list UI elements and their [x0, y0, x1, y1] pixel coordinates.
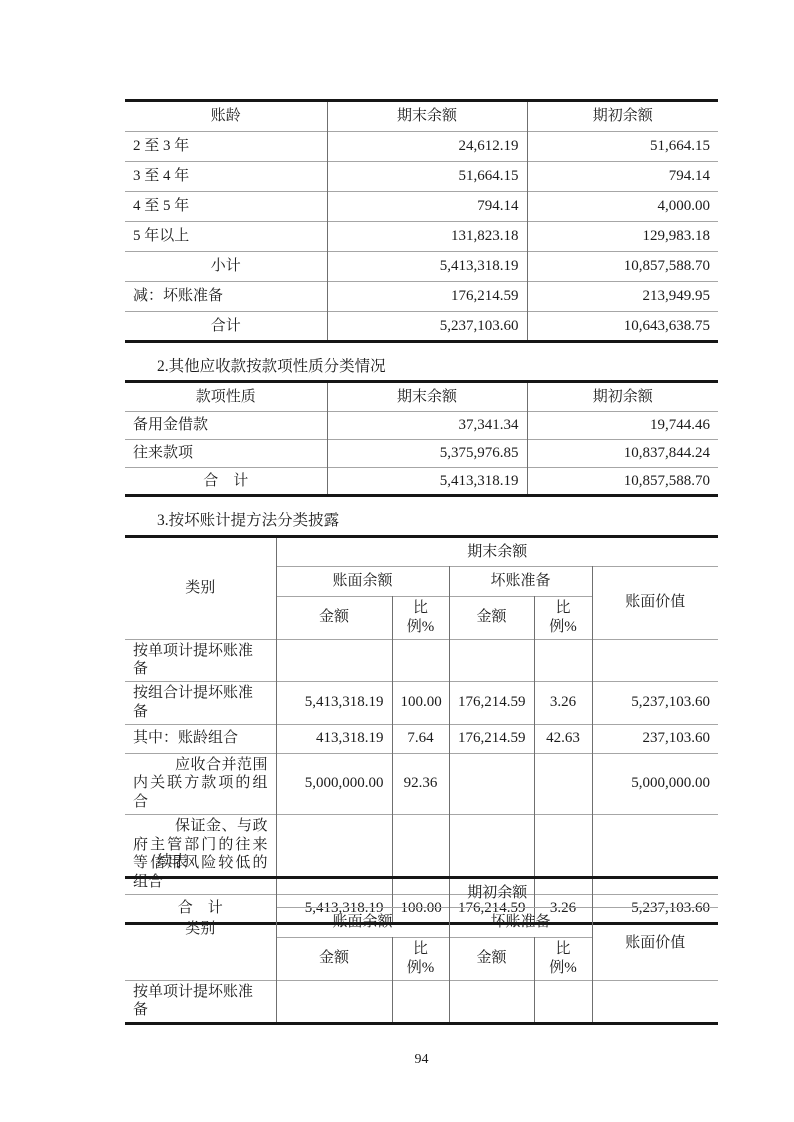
section-3-heading: 3.按坏账计提方法分类披露	[125, 508, 750, 530]
table-row: 2 至 3 年 24,612.19 51,664.15	[125, 132, 718, 162]
provision-method-beginning-table: 类别 期初余额 账面余额 坏账准备 账面价值 金额 比例% 金额 比例% 按单项…	[125, 876, 718, 1025]
amount-col-header: 金额	[276, 938, 392, 981]
amount-col-header: 金额	[276, 597, 392, 640]
book-value-cell: 237,103.60	[592, 724, 718, 753]
page-number: 94	[125, 1052, 718, 1068]
subtotal-label-cell: 小计	[125, 252, 327, 282]
section-2-heading: 2.其他应收款按款项性质分类情况	[125, 354, 750, 376]
total-row: 合 计 5,413,318.19 10,857,588.70	[125, 468, 718, 496]
aging-label-cell: 3 至 4 年	[125, 162, 327, 192]
book-value-cell	[592, 980, 718, 1024]
table-row: 按单项计提坏账准备	[125, 639, 718, 682]
continued-table-label: 续表	[125, 849, 750, 871]
beginning-balance-cell: 10,857,588.70	[527, 468, 718, 496]
amount-cell	[449, 753, 534, 814]
book-balance-group-header: 账面余额	[276, 908, 449, 938]
category-label-cell: 按单项计提坏账准备	[125, 980, 276, 1024]
category-label-cell: 其中：账龄组合	[125, 724, 276, 753]
ending-balance-cell: 24,612.19	[327, 132, 527, 162]
aging-label-cell: 4 至 5 年	[125, 192, 327, 222]
table-row: 3 至 4 年 51,664.15 794.14	[125, 162, 718, 192]
beginning-balance-cell: 4,000.00	[527, 192, 718, 222]
amount-cell: 5,413,318.19	[276, 682, 392, 725]
ratio-col-header: 比例%	[392, 597, 449, 640]
category-label-cell: 按组合计提坏账准备	[125, 682, 276, 725]
amount-cell	[449, 639, 534, 682]
book-value-cell: 5,000,000.00	[592, 753, 718, 814]
ratio-cell: 7.64	[392, 724, 449, 753]
table-row: 4 至 5 年 794.14 4,000.00	[125, 192, 718, 222]
ratio-cell	[392, 980, 449, 1024]
amount-cell: 5,000,000.00	[276, 753, 392, 814]
table-row: 往来款项 5,375,976.85 10,837,844.24	[125, 440, 718, 468]
table-row: 按单项计提坏账准备	[125, 980, 718, 1024]
aging-col-header: 账龄	[125, 101, 327, 132]
total-row: 合计 5,237,103.60 10,643,638.75	[125, 312, 718, 342]
table-row: 5 年以上 131,823.18 129,983.18	[125, 222, 718, 252]
nature-col-header: 款项性质	[125, 382, 327, 412]
beginning-balance-group-header: 期初余额	[276, 878, 718, 908]
total-label-cell: 合计	[125, 312, 327, 342]
aging-balance-table: 账龄 期末余额 期初余额 2 至 3 年 24,612.19 51,664.15…	[125, 99, 718, 343]
category-label-cell: 应收合并范围内关联方款项的组合	[125, 753, 276, 814]
amount-cell: 176,214.59	[449, 682, 534, 725]
ending-balance-cell: 5,237,103.60	[327, 312, 527, 342]
ending-balance-cell: 5,413,318.19	[327, 252, 527, 282]
table-row: 按组合计提坏账准备 5,413,318.19 100.00 176,214.59…	[125, 682, 718, 725]
aging-label-cell: 5 年以上	[125, 222, 327, 252]
book-value-cell	[592, 639, 718, 682]
ending-balance-col-header: 期末余额	[327, 382, 527, 412]
book-value-col-header: 账面价值	[592, 567, 718, 640]
bad-debt-group-header: 坏账准备	[449, 567, 592, 597]
beginning-balance-cell: 129,983.18	[527, 222, 718, 252]
ratio-col-header: 比例%	[534, 938, 592, 981]
ratio-col-header: 比例%	[392, 938, 449, 981]
document-page: 账龄 期末余额 期初余额 2 至 3 年 24,612.19 51,664.15…	[0, 0, 794, 1122]
table-row: 应收合并范围内关联方款项的组合 5,000,000.00 92.36 5,000…	[125, 753, 718, 814]
amount-cell: 176,214.59	[449, 724, 534, 753]
beginning-balance-cell: 10,643,638.75	[527, 312, 718, 342]
beginning-balance-cell: 10,857,588.70	[527, 252, 718, 282]
category-col-header: 类别	[125, 537, 276, 640]
ratio-col-header: 比例%	[534, 597, 592, 640]
book-value-col-header: 账面价值	[592, 908, 718, 981]
ratio-cell: 3.26	[534, 682, 592, 725]
amount-col-header: 金额	[449, 597, 534, 640]
book-balance-group-header: 账面余额	[276, 567, 449, 597]
total-label-cell: 合 计	[125, 468, 327, 496]
aging-label-cell: 2 至 3 年	[125, 132, 327, 162]
ending-balance-cell: 5,375,976.85	[327, 440, 527, 468]
beginning-balance-cell: 213,949.95	[527, 282, 718, 312]
table-row: 减：坏账准备 176,214.59 213,949.95	[125, 282, 718, 312]
ending-balance-cell: 5,413,318.19	[327, 468, 527, 496]
category-col-header: 类别	[125, 878, 276, 981]
ratio-cell: 100.00	[392, 682, 449, 725]
amount-cell	[449, 980, 534, 1024]
ratio-cell: 92.36	[392, 753, 449, 814]
amount-cell	[276, 980, 392, 1024]
beginning-balance-col-header: 期初余额	[527, 101, 718, 132]
subtotal-row: 小计 5,413,318.19 10,857,588.70	[125, 252, 718, 282]
amount-cell	[276, 639, 392, 682]
table-row: 其中：账龄组合 413,318.19 7.64 176,214.59 42.63…	[125, 724, 718, 753]
ratio-cell: 42.63	[534, 724, 592, 753]
ending-balance-cell: 794.14	[327, 192, 527, 222]
ending-balance-cell: 131,823.18	[327, 222, 527, 252]
beginning-balance-cell: 10,837,844.24	[527, 440, 718, 468]
category-label-cell: 按单项计提坏账准备	[125, 639, 276, 682]
ending-balance-group-header: 期末余额	[276, 537, 718, 567]
ending-balance-cell: 37,341.34	[327, 412, 527, 440]
ending-balance-cell: 176,214.59	[327, 282, 527, 312]
nature-label-cell: 往来款项	[125, 440, 327, 468]
amount-cell: 413,318.19	[276, 724, 392, 753]
beginning-balance-col-header: 期初余额	[527, 382, 718, 412]
beginning-balance-cell: 19,744.46	[527, 412, 718, 440]
beginning-balance-cell: 794.14	[527, 162, 718, 192]
payment-nature-table: 款项性质 期末余额 期初余额 备用金借款 37,341.34 19,744.46…	[125, 380, 718, 497]
table-row: 备用金借款 37,341.34 19,744.46	[125, 412, 718, 440]
nature-label-cell: 备用金借款	[125, 412, 327, 440]
beginning-balance-cell: 51,664.15	[527, 132, 718, 162]
book-value-cell: 5,237,103.60	[592, 682, 718, 725]
ratio-cell	[534, 639, 592, 682]
ratio-cell	[534, 980, 592, 1024]
bad-debt-group-header: 坏账准备	[449, 908, 592, 938]
ratio-cell	[392, 639, 449, 682]
bad-debt-provision-label-cell: 减：坏账准备	[125, 282, 327, 312]
ending-balance-col-header: 期末余额	[327, 101, 527, 132]
amount-col-header: 金额	[449, 938, 534, 981]
ending-balance-cell: 51,664.15	[327, 162, 527, 192]
ratio-cell	[534, 753, 592, 814]
